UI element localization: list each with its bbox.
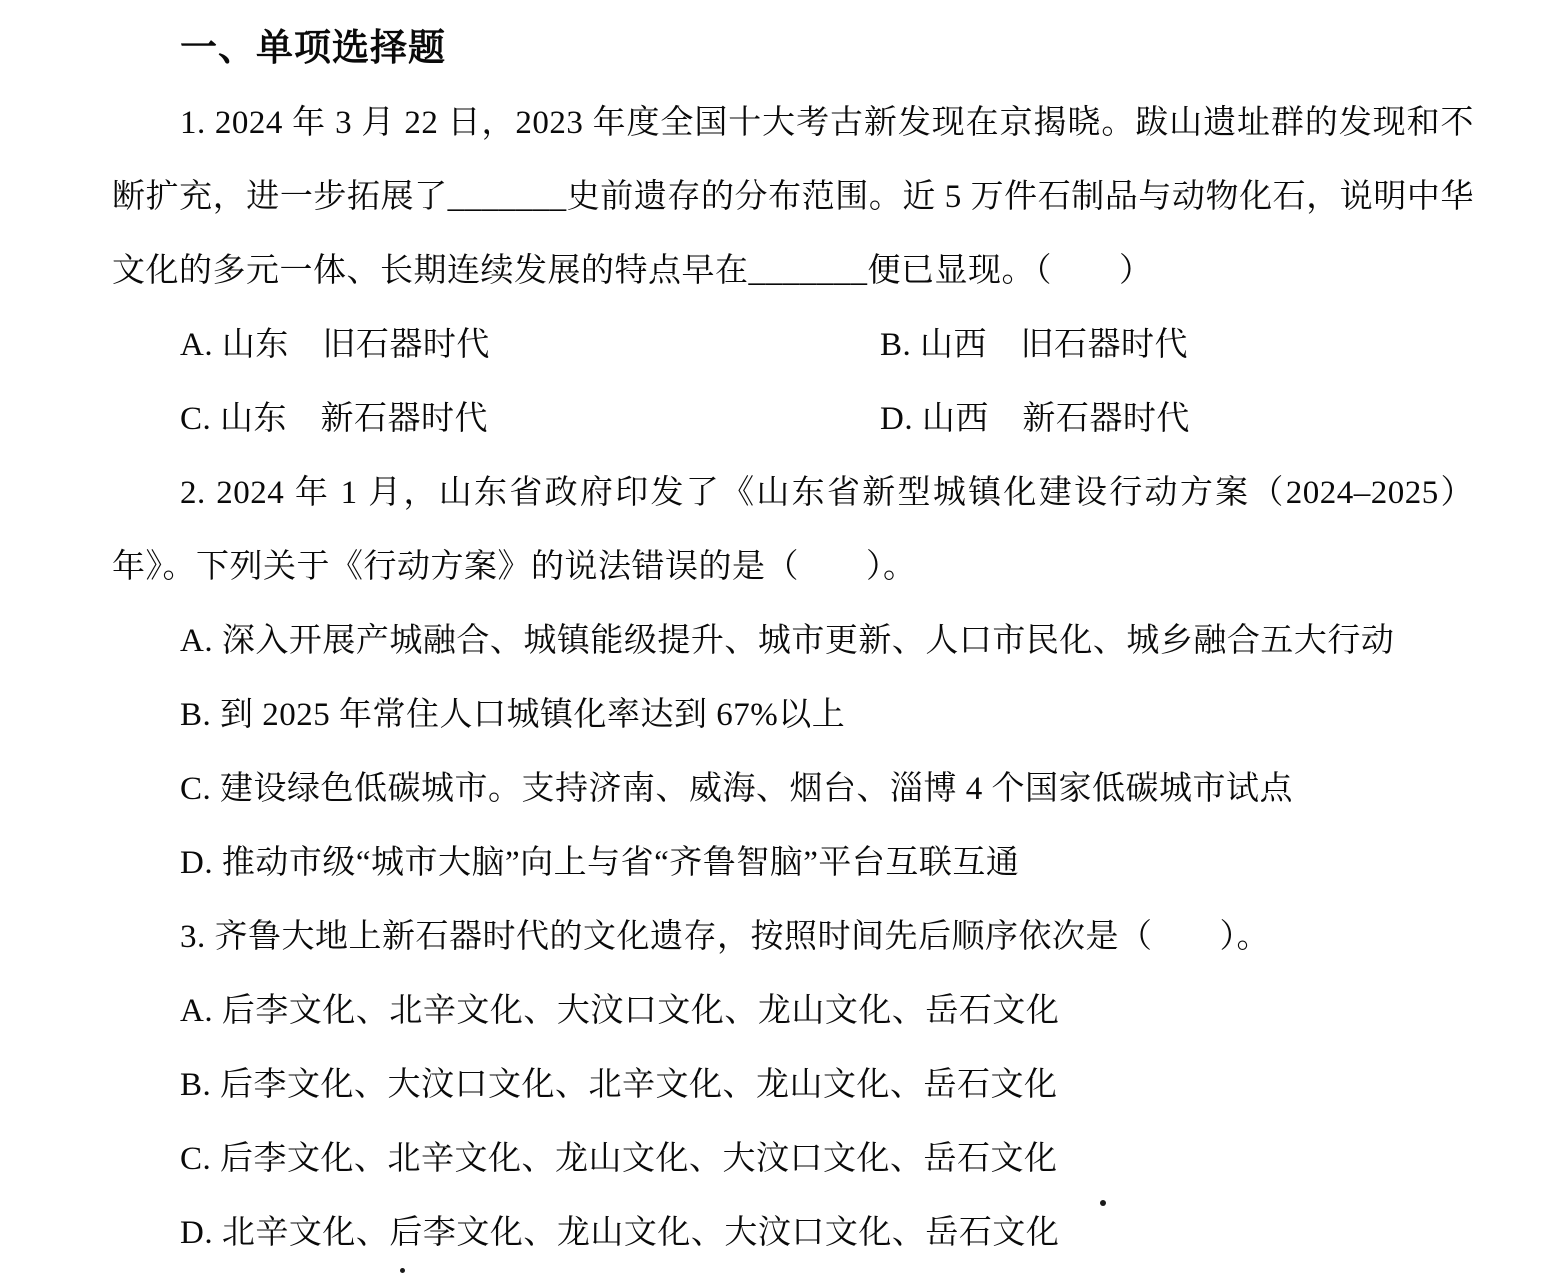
question-1-stem: 1. 2024 年 3 月 22 日，2023 年度全国十大考古新发现在京揭晓。… [112, 86, 1474, 308]
question-1-options: A. 山东 旧石器时代 B. 山西 旧石器时代 C. 山东 新石器时代 D. 山… [112, 308, 1474, 456]
question-3-option-c: C. 后李文化、北辛文化、龙山文化、大汶口文化、岳石文化 [112, 1122, 1474, 1196]
question-3-option-d: D. 北辛文化、后李文化、龙山文化、大汶口文化、岳石文化 [112, 1196, 1474, 1270]
question-2-option-c: C. 建设绿色低碳城市。支持济南、威海、烟台、淄博 4 个国家低碳城市试点 [112, 752, 1474, 826]
question-1-option-a: A. 山东 旧石器时代 [180, 308, 880, 382]
question-2-stem: 2. 2024 年 1 月，山东省政府印发了《山东省新型城镇化建设行动方案（20… [112, 456, 1474, 604]
question-3-option-b: B. 后李文化、大汶口文化、北辛文化、龙山文化、岳石文化 [112, 1048, 1474, 1122]
question-1-option-d: D. 山西 新石器时代 [880, 382, 1474, 456]
question-2-option-d: D. 推动市级“城市大脑”向上与省“齐鲁智脑”平台互联互通 [112, 826, 1474, 900]
scan-speck [1100, 1200, 1106, 1206]
scan-speck [400, 1268, 405, 1273]
section-heading: 一、单项选择题 [112, 12, 1474, 86]
question-2-option-a: A. 深入开展产城融合、城镇能级提升、城市更新、人口市民化、城乡融合五大行动 [112, 604, 1474, 678]
question-1-option-b: B. 山西 旧石器时代 [880, 308, 1474, 382]
question-3-stem: 3. 齐鲁大地上新石器时代的文化遗存，按照时间先后顺序依次是（ ）。 [112, 900, 1474, 974]
question-1-option-c: C. 山东 新石器时代 [180, 382, 880, 456]
question-2-option-b: B. 到 2025 年常住人口城镇化率达到 67%以上 [112, 678, 1474, 752]
question-3-option-a: A. 后李文化、北辛文化、大汶口文化、龙山文化、岳石文化 [112, 974, 1474, 1048]
exam-page: 一、单项选择题 1. 2024 年 3 月 22 日，2023 年度全国十大考古… [0, 0, 1548, 1276]
